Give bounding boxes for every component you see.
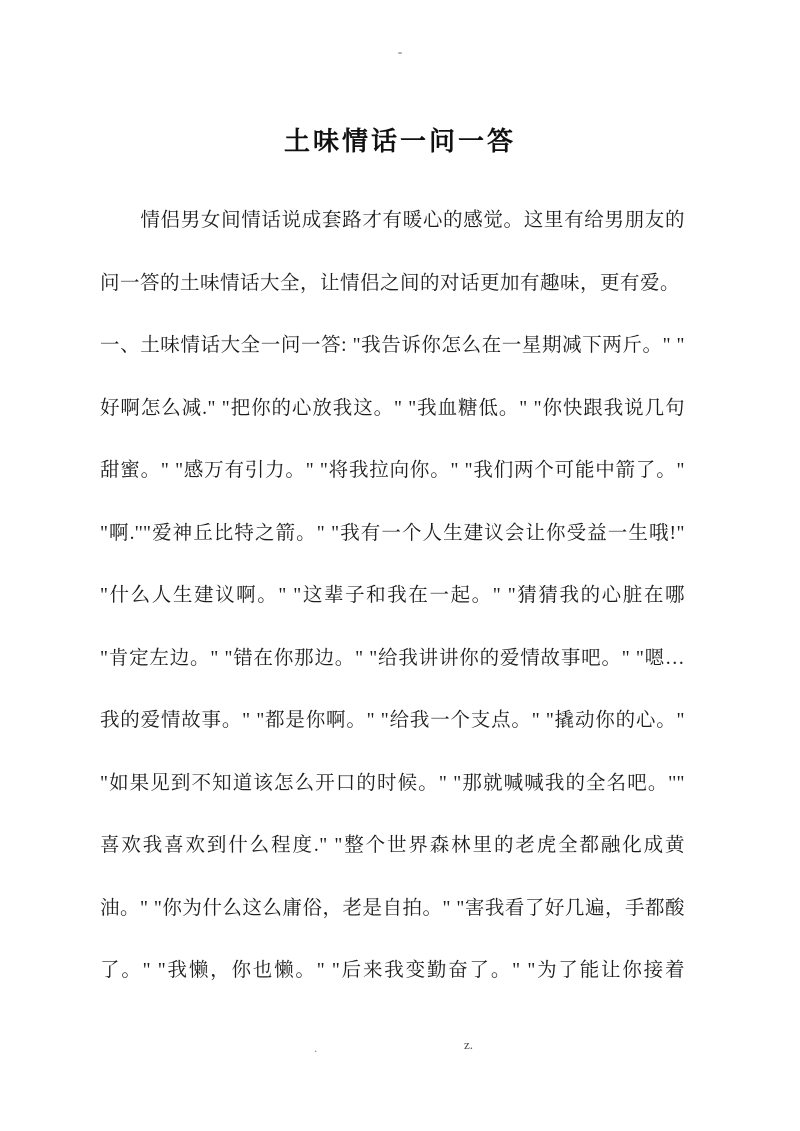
text-line: 甜蜜。" "感万有引力。" "将我拉向你。" "我们两个可能中箭了。"	[100, 440, 685, 503]
text-line: 情侣男女间情话说成套路才有暖心的感觉。这里有给男朋友的一	[100, 190, 685, 253]
text-line: 问一答的土味情话大全，让情侣之间的对话更加有趣味，更有爱。	[100, 253, 685, 316]
footer-dot-mark: .	[314, 1040, 317, 1056]
text-line: 好啊怎么减." "把你的心放我这。" "我血糖低。" "你快跟我说几句	[100, 378, 685, 441]
document-page: - 土味情话一问一答 情侣男女间情话说成套路才有暖心的感觉。这里有给男朋友的一 …	[0, 0, 800, 1131]
text-line: 我的爱情故事。" "都是你啊。" "给我一个支点。" "撬动你的心。"	[100, 690, 685, 753]
page-top-mark: -	[388, 44, 412, 60]
text-line: 油。" "你为什么这么庸俗，老是自拍。" "害我看了好几遍，手都酸	[100, 878, 685, 941]
text-line: "啊.''"爱神丘比特之箭。" "我有一个人生建议会让你受益一生哦!"	[100, 503, 685, 566]
text-line: 一、土味情话大全一问一答: "我告诉你怎么在一星期减下两斤。" "	[100, 315, 685, 378]
text-line: "如果见到不知道该怎么开口的时候。" "那就喊喊我的全名吧。''"	[100, 753, 685, 816]
text-line: 喜欢我喜欢到什么程度." "整个世界森林里的老虎全都融化成黄	[100, 815, 685, 878]
footer-z-mark: z.	[464, 1037, 473, 1053]
text-line: "什么人生建议啊。" "这辈子和我在一起。" "猜猜我的心脏在哪边."	[100, 565, 685, 628]
text-line: "肯定左边。" "错在你那边。" "给我讲讲你的爱情故事吧。" "嗯…	[100, 628, 685, 691]
text-line: 了。" "我懒，你也懒。" "后来我变勤奋了。" "为了能让你接着懒。"	[100, 940, 685, 1003]
page-title: 土味情话一问一答	[0, 121, 800, 158]
document-body: 情侣男女间情话说成套路才有暖心的感觉。这里有给男朋友的一 问一答的土味情话大全，…	[100, 190, 685, 1003]
